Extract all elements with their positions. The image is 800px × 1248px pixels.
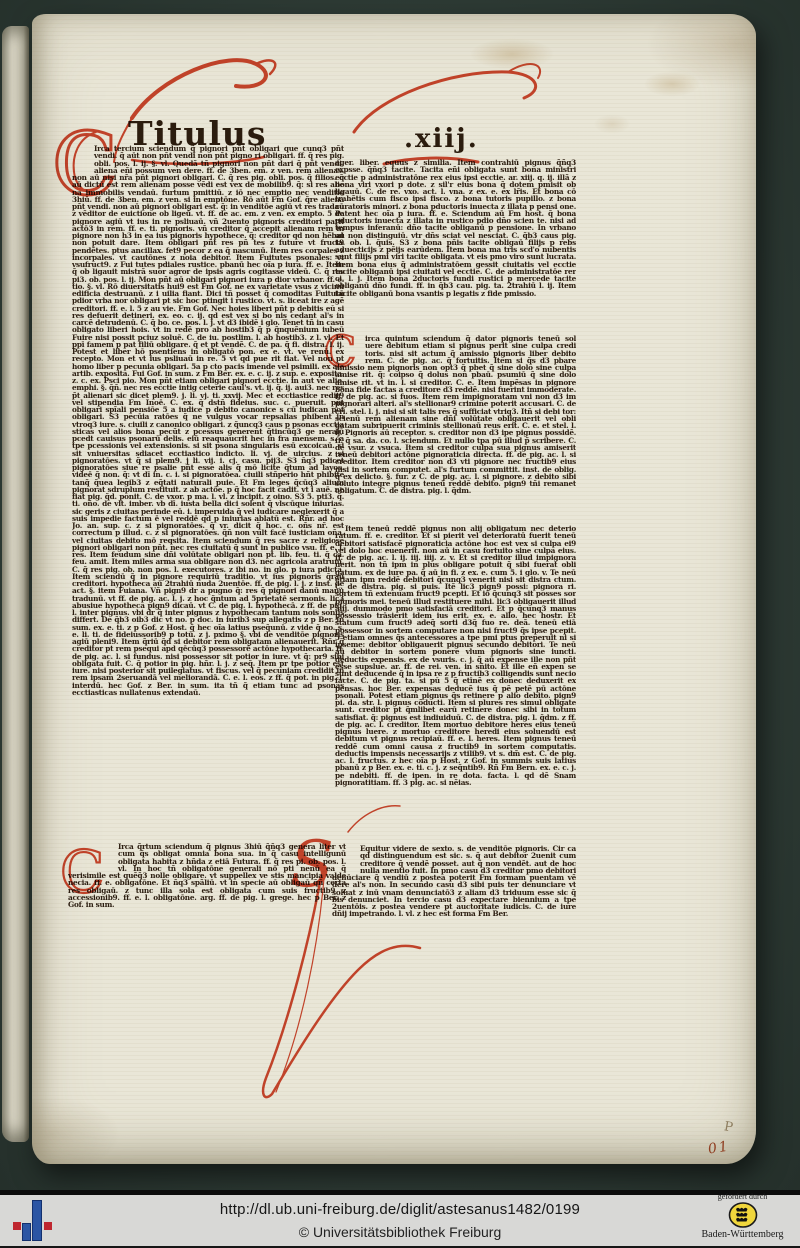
copyright-notice: © Universitätsbibliothek Freiburg (0, 1224, 800, 1240)
digitized-book-viewer: { "viewer": { "background_color": "#2e3b… (0, 0, 800, 1248)
rubric-initial-C3: C (60, 838, 104, 906)
rubric-initial-S: S (290, 828, 334, 902)
folio-ink-mark: 01 (707, 1138, 731, 1157)
rubric-initial-C1: C (52, 115, 118, 215)
rubric-initial-C2: C (324, 327, 356, 376)
rubric-flourish (276, 878, 324, 1092)
rubric-flourish (132, 60, 266, 118)
book-page-edges (2, 26, 29, 1142)
rubric-flourish (354, 72, 536, 132)
funder-block: gefördert durch Baden-Württemberg (690, 1192, 795, 1240)
rubrication-layer: C C C S (32, 14, 756, 1164)
manuscript-page: Titulus .xiij. Irca tercium sciendum q̃ … (32, 14, 756, 1164)
funder-name: Baden-Württemberg (690, 1229, 795, 1240)
rubric-underline (132, 157, 264, 164)
rubric-underline (384, 158, 478, 164)
source-url: http://dl.ub.uni-freiburg.de/diglit/aste… (0, 1201, 800, 1218)
rubric-flourish (348, 806, 400, 832)
funder-label: gefördert durch (690, 1192, 795, 1201)
baden-wuerttemberg-coat-of-arms-icon (728, 1202, 758, 1229)
